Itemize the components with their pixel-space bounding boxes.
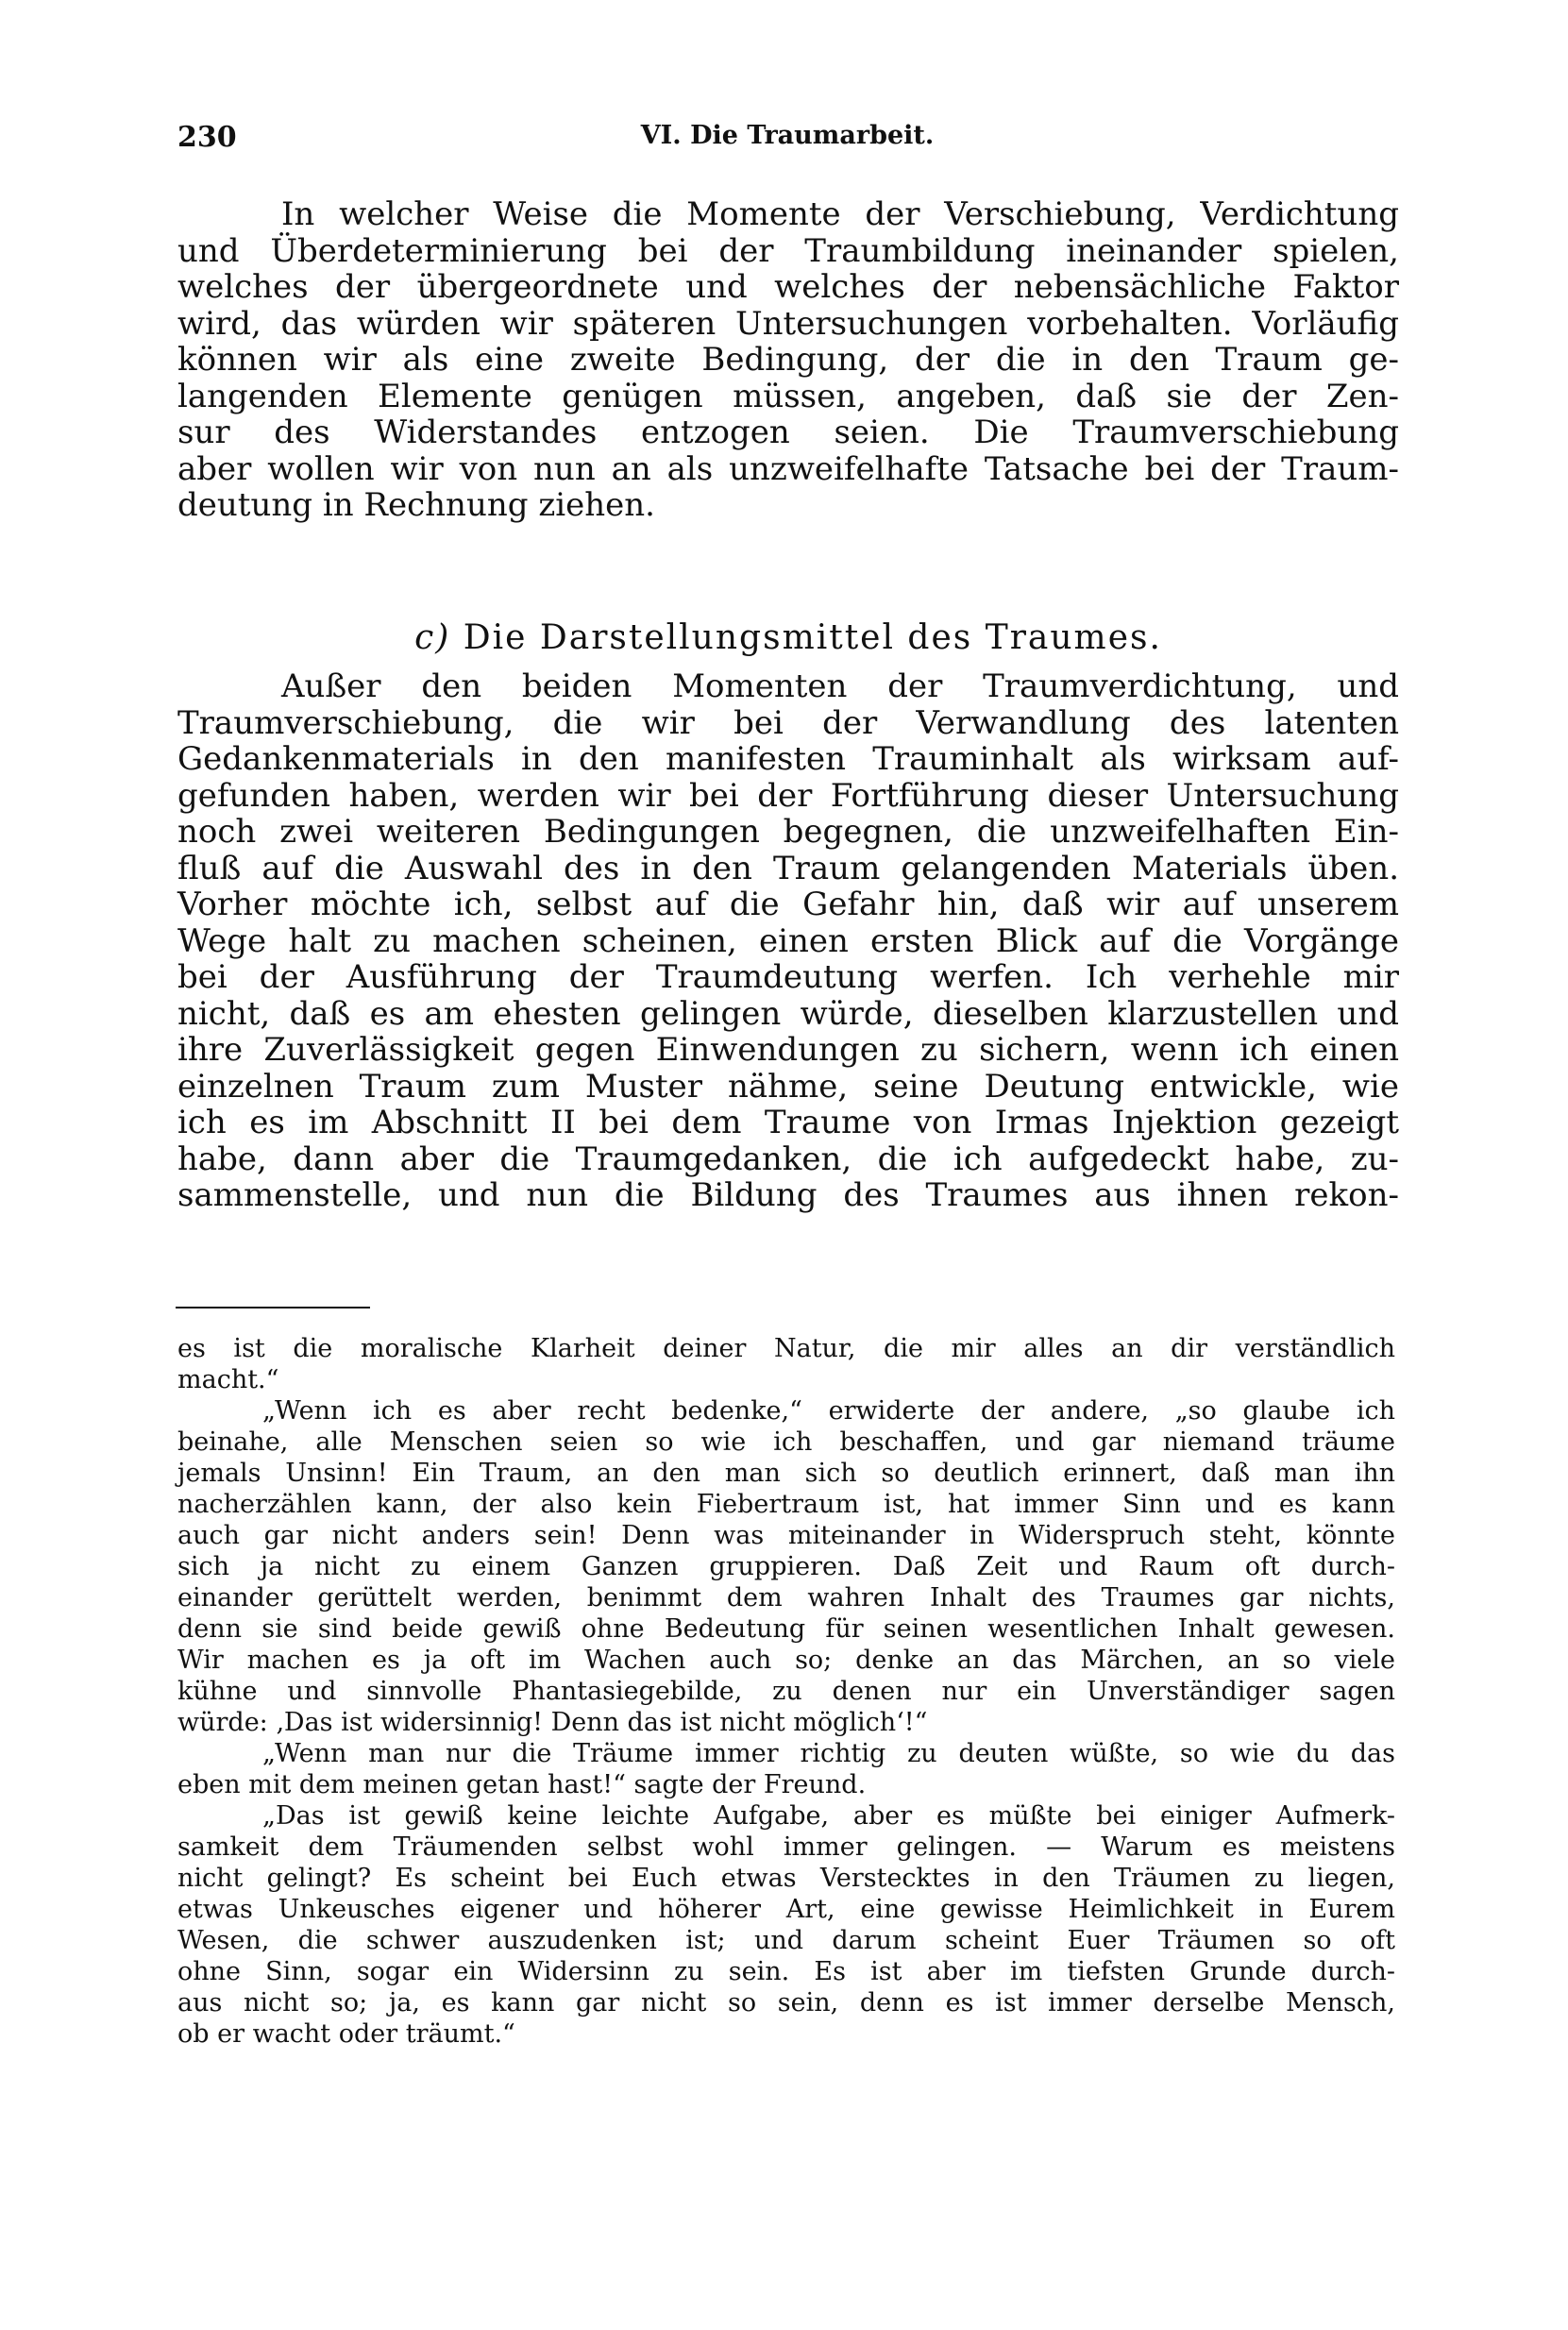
text-line: fluß auf die Auswahl des in den Traum ge…	[177, 851, 1399, 887]
footnote-line: samkeit dem Träumenden selbst wohl immer…	[177, 1832, 1395, 1863]
text-line: wird, das würden wir späteren Untersuchu…	[177, 306, 1399, 343]
footnote-line: jemals Unsinn! Ein Traum, an den man sic…	[177, 1458, 1395, 1489]
text-line: nicht, daß es am ehesten gelingen würde,…	[177, 996, 1399, 1033]
footnote-line: es ist die moralische Klarheit deiner Na…	[177, 1333, 1395, 1364]
text-line: einzelnen Traum zum Muster nähme, seine …	[177, 1069, 1399, 1106]
footnote-line: denn sie sind beide gewiß ohne Bedeutung…	[177, 1613, 1395, 1645]
text-line: Traumverschiebung, die wir bei der Verwa…	[177, 705, 1399, 742]
running-head: 230 VI. Die Traumarbeit.	[177, 121, 1397, 159]
text-line: und Überdeterminierung bei der Traumbild…	[177, 233, 1399, 270]
footnote-rule	[176, 1307, 370, 1309]
footnote-line: würde: ‚Das ist widersinnig! Denn das is…	[177, 1707, 1395, 1738]
footnote-line: ohne Sinn, sogar ein Widersinn zu sein. …	[177, 1956, 1395, 1987]
footnote-line: auch gar nicht anders sein! Denn was mit…	[177, 1520, 1395, 1551]
footnote-line: eben mit dem meinen getan hast!“ sagte d…	[177, 1769, 1395, 1800]
book-page: 230 VI. Die Traumarbeit. In welcher Weis…	[0, 0, 1568, 2330]
footnote-line: nicht gelingt? Es scheint bei Euch etwas…	[177, 1863, 1395, 1894]
text-line: Außer den beiden Momenten der Traumverdi…	[177, 668, 1399, 705]
section-title: Die Darstellungsmittel des Traumes.	[464, 618, 1162, 657]
text-line: langenden Elemente genügen müssen, angeb…	[177, 379, 1399, 415]
text-line: noch zwei weiteren Bedingungen begegnen,…	[177, 814, 1399, 851]
footnote-line: einander gerüttelt werden, benimmt dem w…	[177, 1582, 1395, 1613]
text-line: Wege halt zu machen scheinen, einen erst…	[177, 923, 1399, 960]
text-line: bei der Ausführung der Traumdeutung werf…	[177, 959, 1399, 996]
text-line: ich es im Abschnitt II bei dem Traume vo…	[177, 1105, 1399, 1141]
footnote-line: Wir machen es ja oft im Wachen auch so; …	[177, 1645, 1395, 1676]
text-line: gefunden haben, werden wir bei der Fortf…	[177, 778, 1399, 815]
footnote-line: „Das ist gewiß keine leichte Aufgabe, ab…	[177, 1800, 1395, 1832]
text-line: aber wollen wir von nun an als unzweifel…	[177, 451, 1399, 488]
text-line: sur des Widerstandes entzogen seien. Die…	[177, 414, 1399, 451]
footnote-line: nacherzählen kann, der also kein Fiebert…	[177, 1489, 1395, 1520]
chapter-title: VI. Die Traumarbeit.	[177, 121, 1397, 150]
footnote-line: „Wenn ich es aber recht bedenke,“ erwide…	[177, 1395, 1395, 1427]
text-line: welches der übergeordnete und welches de…	[177, 269, 1399, 306]
text-line: Gedankenmaterials in den manifesten Trau…	[177, 741, 1399, 778]
section-letter: c)	[414, 618, 450, 657]
footnote: es ist die moralische Klarheit deiner Na…	[177, 1333, 1395, 2050]
footnote-line: kühne und sinnvolle Phantasiegebilde, zu…	[177, 1676, 1395, 1707]
footnote-line: aus nicht so; ja, es kann gar nicht so s…	[177, 1987, 1395, 2018]
footnote-line: „Wenn man nur die Träume immer richtig z…	[177, 1738, 1395, 1769]
text-line: In welcher Weise die Momente der Verschi…	[177, 196, 1399, 233]
body-paragraph-2: Außer den beiden Momenten der Traumverdi…	[177, 668, 1399, 1214]
footnote-line: ob er wacht oder träumt.“	[177, 2018, 1395, 2050]
footnote-line: etwas Unkeusches eigener und höherer Art…	[177, 1894, 1395, 1925]
text-line: Vorher möchte ich, selbst auf die Gefahr…	[177, 886, 1399, 923]
text-line: können wir als eine zweite Bedingung, de…	[177, 342, 1399, 379]
footnote-line: Wesen, die schwer auszudenken ist; und d…	[177, 1925, 1395, 1956]
text-line: ihre Zuverlässigkeit gegen Einwendungen …	[177, 1032, 1399, 1069]
footnote-line: sich ja nicht zu einem Ganzen gruppieren…	[177, 1551, 1395, 1582]
footnote-line: beinahe, alle Menschen seien so wie ich …	[177, 1427, 1395, 1458]
section-heading: c) Die Darstellungsmittel des Traumes.	[177, 618, 1399, 657]
footnote-line: macht.“	[177, 1364, 1395, 1395]
text-line: habe, dann aber die Traumgedanken, die i…	[177, 1141, 1399, 1178]
text-line: sammenstelle, und nun die Bildung des Tr…	[177, 1177, 1399, 1214]
text-line: deutung in Rechnung ziehen.	[177, 487, 1399, 524]
body-paragraph-1: In welcher Weise die Momente der Verschi…	[177, 196, 1399, 524]
